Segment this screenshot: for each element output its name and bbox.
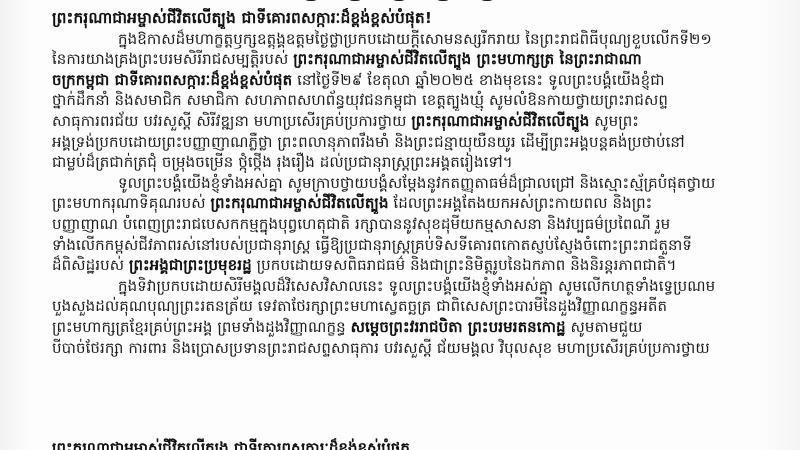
text-line: ព្រះមហាករុណាទិគុណរបស់ ព្រះករុណាជាអម្ចាស់… — [52, 193, 736, 214]
bold-text-segment: ចក្រកម្ពុជា ជាទីគោរពសក្ការៈដ៏ខ្ពង់ខ្ពស់ប… — [52, 71, 292, 89]
salutation-line: ព្រះករុណាជាអម្ចាស់ជីវិតលើត្បូង ជាទីគោរពស… — [52, 8, 736, 29]
text-segment: នៅថ្ងៃទី២៩ ខែតុលា ឆ្នាំ២០២៥ ខាងមុខនេះ ទូ… — [292, 71, 664, 89]
text-line: ទូលព្រះបង្គំយើងខ្ញុំទាំងអស់គ្នា សូមក្រាប… — [52, 173, 736, 194]
text-segment: ជាម្លប់ដ៏ត្រជាក់ត្រជុំ ចម្រុងចម្រើន ថ្កុ… — [52, 153, 513, 171]
text-line: បញ្ញាញាណ បំពេញព្រះរាជបេសកកម្មក្នុងបុព្វហ… — [52, 214, 736, 235]
scan-right-margin — [760, 0, 800, 450]
text-segment: នៃការយាងគ្រងព្រះបរមសិរីរាជសម្បត្តិរបស់ — [52, 50, 293, 68]
text-segment: ដ៏ពិសិដ្ឋរបស់ — [52, 256, 129, 274]
text-segment: ប្រកបដោយទសពិធរាជធម៌ និងជាព្រះនិមិត្តរូបន… — [252, 256, 677, 274]
text-segment: សូមព្រះ — [589, 112, 639, 130]
text-segment: ក្នុងឱកាសដ៏មហាក្ខត្តឫក្សឧត្តុង្គឧត្តមថ្ង… — [118, 30, 712, 48]
paragraphs-container: ក្នុងឱកាសដ៏មហាក្ខត្តឫក្សឧត្តុង្គឧត្តមថ្ង… — [52, 29, 736, 359]
text-segment: បួងសួងដល់គុណបុណ្យព្រះរតនត្រ័យ ទេវតាថែរក្… — [52, 297, 667, 315]
cut-off-previous-line — [300, 0, 560, 6]
text-segment: បីបាច់ថែរក្សា ការពារ និងប្រោសប្រទានព្រះរ… — [52, 339, 710, 357]
text-line: សាធុការពរជ័យ បវរសួស្តី សិរីវឌ្ឍនា មហាប្រ… — [52, 111, 736, 132]
text-segment: ថ្នាក់ដឹកនាំ និងសមាជិក សមាជិកា សហភាពសហព័… — [52, 91, 668, 109]
text-segment: ព្រះមហាករុណាទិគុណរបស់ — [52, 194, 211, 212]
text-segment: អង្គទ្រង់ប្រកបដោយព្រះបញ្ញាញាណភ្លឺថ្លា ព្… — [52, 133, 685, 151]
text-segment: សូមតាមជួយ — [566, 318, 643, 336]
text-line: នៃការយាងគ្រងព្រះបរមសិរីរាជសម្បត្តិរបស់ ព… — [52, 49, 736, 70]
text-line: បួងសួងដល់គុណបុណ្យព្រះរតនត្រ័យ ទេវតាថែរក្… — [52, 296, 736, 317]
text-segment: ក្នុងទិវាប្រកបដោយសិរីមង្គលដ៏វិសេសវិសាលនេ… — [118, 277, 715, 295]
bold-text-segment: ព្រះករុណាជាអម្ចាស់ជីវិតលើត្បូង — [211, 194, 389, 212]
text-segment: សាធុការពរជ័យ បវរសួស្តី សិរីវឌ្ឍនា មហាប្រ… — [52, 112, 411, 130]
cut-off-bottom-line: ព្រះករុណាជាអម្ចាស់ជីវិតលើត្បូង ជាទីគោរពស… — [52, 438, 736, 450]
document-body: ព្រះករុណាជាអម្ចាស់ជីវិតលើត្បូង ជាទីគោរពស… — [52, 8, 736, 358]
text-line: ដ៏ពិសិដ្ឋរបស់ ព្រះអង្គជាព្រះប្រមុខរដ្ឋ ប… — [52, 255, 736, 276]
bold-text-segment: ព្រះករុណាជាអម្ចាស់ជីវិតលើត្បូង — [411, 112, 589, 130]
text-line: ជាម្លប់ដ៏ត្រជាក់ត្រជុំ ចម្រុងចម្រើន ថ្កុ… — [52, 152, 736, 173]
text-line: ក្នុងទិវាប្រកបដោយសិរីមង្គលដ៏វិសេសវិសាលនេ… — [52, 276, 736, 297]
text-line: ក្នុងឱកាសដ៏មហាក្ខត្តឫក្សឧត្តុង្គឧត្តមថ្ង… — [52, 29, 736, 50]
text-line: ថ្នាក់ដឹកនាំ និងសមាជិក សមាជិកា សហភាពសហព័… — [52, 90, 736, 111]
text-line: អង្គទ្រង់ប្រកបដោយព្រះបញ្ញាញាណភ្លឺថ្លា ព្… — [52, 132, 736, 153]
paragraph-p3: ក្នុងទិវាប្រកបដោយសិរីមង្គលដ៏វិសេសវិសាលនេ… — [52, 276, 736, 358]
bold-text-segment: ព្រះអង្គជាព្រះប្រមុខរដ្ឋ — [129, 256, 252, 274]
text-segment: ទូលព្រះបង្គំយើងខ្ញុំទាំងអស់គ្នា សូមក្រាប… — [118, 174, 715, 192]
text-segment: បញ្ញាញាណ បំពេញព្រះរាជបេសកកម្មក្នុងបុព្វហ… — [52, 215, 670, 233]
scan-left-margin — [0, 0, 30, 450]
text-segment: ដែលព្រះអង្គតែងយកអស់ព្រះកាយពល និងព្រះ — [389, 194, 653, 212]
paragraph-p1: ក្នុងឱកាសដ៏មហាក្ខត្តឫក្សឧត្តុង្គឧត្តមថ្ង… — [52, 29, 736, 173]
text-segment: ទាំងលើកកម្ពស់ជីវភាពរស់នៅរបស់ប្រជានុរាស្ត… — [52, 236, 692, 254]
text-line: ព្រះមហាក្សត្រខ្មែរគ្រប់ព្រះអង្គ ព្រមទាំង… — [52, 317, 736, 338]
bold-text-segment: ព្រះករុណាជាអម្ចាស់ជីវិតលើត្បូង ព្រះមហាក្… — [293, 50, 642, 68]
salutation-punctuation: ! — [425, 9, 432, 27]
text-segment: ព្រះមហាក្សត្រខ្មែរគ្រប់ព្រះអង្គ ព្រមទាំង… — [52, 318, 351, 336]
text-line: ចក្រកម្ពុជា ជាទីគោរពសក្ការៈដ៏ខ្ពង់ខ្ពស់ប… — [52, 70, 736, 91]
scanned-document-page: ព្រះករុណាជាអម្ចាស់ជីវិតលើត្បូង ជាទីគោរពស… — [0, 0, 800, 450]
salutation-text: ព្រះករុណាជាអម្ចាស់ជីវិតលើត្បូង ជាទីគោរពស… — [52, 9, 425, 27]
bold-text-segment: សម្ដេចព្រះវររាជបិតា ព្រះបរមរតនកោដ្ឋ — [351, 318, 566, 336]
text-line: ទាំងលើកកម្ពស់ជីវភាពរស់នៅរបស់ប្រជានុរាស្ត… — [52, 235, 736, 256]
paragraph-p2: ទូលព្រះបង្គំយើងខ្ញុំទាំងអស់គ្នា សូមក្រាប… — [52, 173, 736, 276]
text-line: បីបាច់ថែរក្សា ការពារ និងប្រោសប្រទានព្រះរ… — [52, 338, 736, 359]
